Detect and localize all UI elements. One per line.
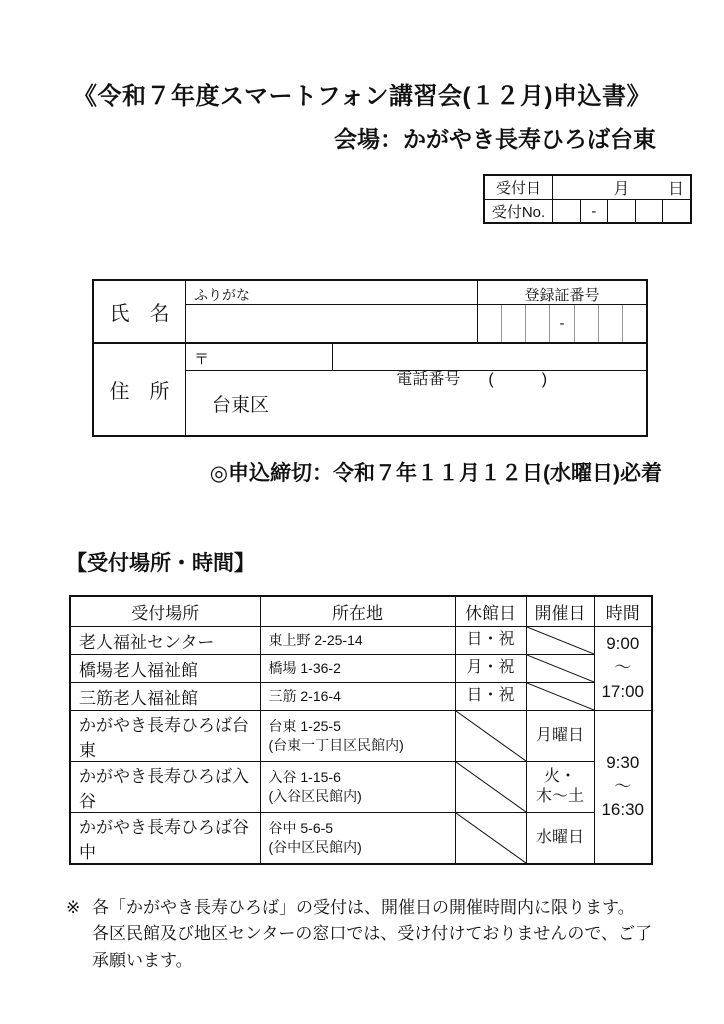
- header-place: 受付場所: [70, 596, 260, 626]
- footnote-line: 各区民館及び地区センターの窓口では、受け付けておりませんので、ご了: [92, 921, 652, 948]
- registration-digit-cell: [525, 305, 549, 342]
- address-cell: 橋場 1-36-2: [260, 654, 455, 682]
- address-cell: 谷中 5-6-5 (谷中区民館内): [260, 812, 455, 864]
- footnote-body: 各「かがやき長寿ひろば」の受付は、開催日の開催時間内に限ります。 各区民館及び地…: [92, 895, 652, 976]
- closed-days-cell: [455, 812, 526, 864]
- address-fields: 〒 電話番号( ) 台東区: [186, 344, 646, 435]
- phone-field: 電話番号( ): [333, 344, 646, 370]
- header-time: 時間: [594, 596, 652, 626]
- closed-days-cell: [455, 710, 526, 761]
- number-cell: [635, 200, 663, 222]
- open-days-cell: [526, 682, 594, 710]
- address-cell: 東上野 2-25-14: [260, 626, 455, 654]
- registration-digit-cell: [598, 305, 622, 342]
- day-label: 日: [629, 176, 690, 199]
- venue-line: 会場：かがやき長寿ひろば台東: [0, 121, 724, 154]
- closed-days-cell: [455, 761, 526, 812]
- registration-digit-cell: [501, 305, 525, 342]
- number-separator-cell: -: [580, 200, 608, 222]
- header-address: 所在地: [260, 596, 455, 626]
- registration-separator-cell: -: [549, 305, 573, 342]
- number-cell: [607, 200, 635, 222]
- place-cell: 橋場老人福祉館: [70, 654, 260, 682]
- address-value: 台東区: [186, 371, 646, 435]
- closed-days-cell: 日・祝: [455, 682, 526, 710]
- registration-section: 登録証番号 -: [478, 281, 646, 342]
- application-form-page: 《令和７年度スマートフォン講習会(１２月)申込書》 会場：かがやき長寿ひろば台東…: [0, 0, 724, 1024]
- deadline-line: ◎申込締切：令和７年１１月１２日(水曜日)必着: [0, 457, 724, 487]
- address-cell: 三筋 2-16-4: [260, 682, 455, 710]
- applicant-form-table: 氏 名 ふりがな 登録証番号 - 住 所: [92, 279, 648, 437]
- registration-digit-cell: [622, 305, 646, 342]
- diagonal-slash: [527, 655, 594, 682]
- section-heading: 【受付場所・時間】: [66, 547, 724, 577]
- closed-days-cell: 日・祝: [455, 626, 526, 654]
- month-label: 月: [553, 176, 629, 199]
- time-cell: 9:30 〜 16:30: [594, 710, 652, 864]
- diagonal-slash: [456, 711, 526, 761]
- header-open: 開催日: [526, 596, 594, 626]
- diagonal-slash: [527, 627, 594, 654]
- diagonal-slash: [456, 813, 526, 863]
- footnote: ※ 各「かがやき長寿ひろば」の受付は、開催日の開催時間内に限ります。 各区民館及…: [66, 895, 724, 976]
- open-days-cell: 火・ 木〜土: [526, 761, 594, 812]
- name-input-field: [186, 305, 477, 342]
- reception-number-cells: -: [553, 200, 690, 222]
- locations-header-row: 受付場所 所在地 休館日 開催日 時間: [70, 596, 652, 626]
- registration-digit-cell: [478, 305, 501, 342]
- location-row: 橋場老人福祉館 橋場 1-36-2 月・祝: [70, 654, 652, 682]
- location-row: 三筋老人福祉館 三筋 2-16-4 日・祝: [70, 682, 652, 710]
- furigana-label: ふりがな: [186, 281, 477, 305]
- reception-date-cell: 月 日: [553, 176, 690, 199]
- reception-date-label: 受付日: [485, 176, 553, 199]
- reception-number-row: 受付No. -: [485, 199, 690, 222]
- number-cell: [662, 200, 690, 222]
- address-cell: 入谷 1-15-6 (入谷区民館内): [260, 761, 455, 812]
- closed-days-cell: 月・祝: [455, 654, 526, 682]
- footnote-line: 各「かがやき長寿ひろば」の受付は、開催日の開催時間内に限ります。: [92, 895, 652, 922]
- header-closed: 休館日: [455, 596, 526, 626]
- location-row: 老人福祉センター 東上野 2-25-14 日・祝 9:00 〜 17:00: [70, 626, 652, 654]
- address-section: 住 所 〒 電話番号( ) 台東区: [94, 344, 646, 435]
- reception-stamp-area: 受付日 月 日 受付No. -: [0, 174, 724, 224]
- footnote-line: 承願います。: [92, 948, 652, 975]
- locations-table: 受付場所 所在地 休館日 開催日 時間 老人福祉センター 東上野 2-25-14…: [69, 595, 653, 865]
- place-cell: 老人福祉センター: [70, 626, 260, 654]
- location-row: かがやき長寿ひろば谷中 谷中 5-6-5 (谷中区民館内) 水曜日: [70, 812, 652, 864]
- open-days-cell: 月曜日: [526, 710, 594, 761]
- place-cell: かがやき長寿ひろば谷中: [70, 812, 260, 864]
- registration-label: 登録証番号: [478, 281, 646, 305]
- doc-title: 《令和７年度スマートフォン講習会(１２月)申込書》: [0, 0, 724, 111]
- location-row: かがやき長寿ひろば入谷 入谷 1-15-6 (入谷区民館内) 火・ 木〜土: [70, 761, 652, 812]
- registration-number-boxes: -: [478, 305, 646, 342]
- place-cell: かがやき長寿ひろば台東: [70, 710, 260, 761]
- footnote-mark: ※: [66, 895, 92, 976]
- place-cell: 三筋老人福祉館: [70, 682, 260, 710]
- postal-phone-row: 〒 電話番号( ): [186, 344, 646, 371]
- reception-date-row: 受付日 月 日: [485, 176, 690, 199]
- address-label: 住 所: [94, 344, 186, 435]
- reception-stamp-table: 受付日 月 日 受付No. -: [483, 174, 692, 224]
- name-fields: ふりがな: [186, 281, 478, 342]
- open-days-cell: [526, 654, 594, 682]
- postal-mark: 〒: [186, 344, 333, 370]
- location-row: かがやき長寿ひろば台東 台東 1-25-5 (台東一丁目区民館内) 月曜日 9:…: [70, 710, 652, 761]
- reception-number-label: 受付No.: [485, 200, 553, 222]
- number-cell: [553, 200, 580, 222]
- place-cell: かがやき長寿ひろば入谷: [70, 761, 260, 812]
- time-cell: 9:00 〜 17:00: [594, 626, 652, 710]
- diagonal-slash: [527, 683, 594, 710]
- name-section: 氏 名 ふりがな 登録証番号 -: [94, 281, 646, 344]
- open-days-cell: 水曜日: [526, 812, 594, 864]
- registration-digit-cell: [574, 305, 598, 342]
- open-days-cell: [526, 626, 594, 654]
- address-cell: 台東 1-25-5 (台東一丁目区民館内): [260, 710, 455, 761]
- name-label: 氏 名: [94, 281, 186, 342]
- diagonal-slash: [456, 762, 526, 812]
